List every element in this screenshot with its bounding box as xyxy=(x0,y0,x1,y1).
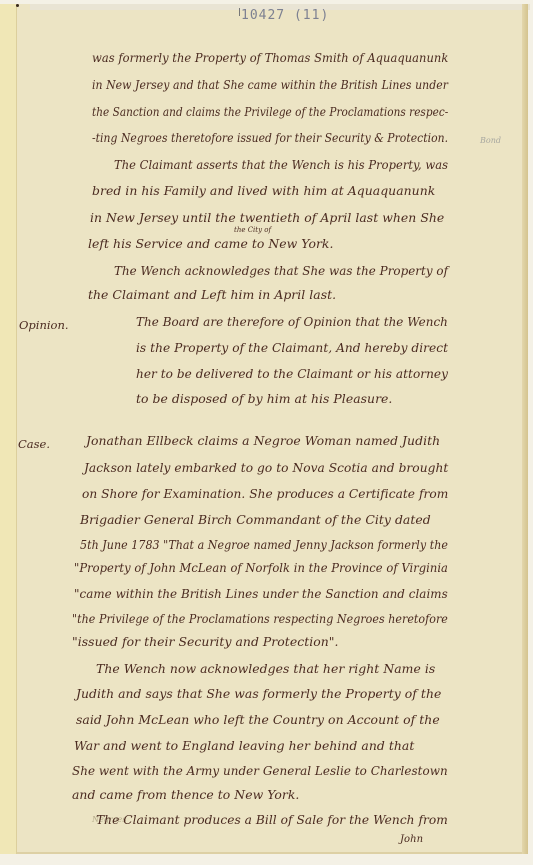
text-line: "came within the British Lines under the… xyxy=(74,586,448,601)
text-line: The Claimant produces a Bill of Sale for… xyxy=(96,812,448,827)
text-line: Brigadier General Birch Commandant of th… xyxy=(80,512,431,527)
page-right-edge xyxy=(522,4,528,854)
text-line: The Wench now acknowledges that her righ… xyxy=(96,661,435,676)
text-line: She went with the Army under General Les… xyxy=(72,763,448,778)
text-line: and came from thence to New York. xyxy=(72,787,299,802)
text-line: the Claimant and Left him in April last. xyxy=(88,287,336,302)
text-line: "the Privilege of the Proclamations resp… xyxy=(72,611,448,626)
binding-strip xyxy=(0,4,17,854)
text-line: to be disposed of by him at his Pleasure… xyxy=(136,391,392,406)
text-line: "issued for their Security and Protectio… xyxy=(72,634,339,649)
text-line: left his Service and came to New York. xyxy=(88,236,333,251)
text-line: War and went to England leaving her behi… xyxy=(74,738,414,753)
text-line: in New Jersey and that She came within t… xyxy=(92,77,448,92)
margin-note-opinion: Opinion. xyxy=(19,318,69,332)
catchword: John xyxy=(400,834,423,845)
bleed-through-text: Bond xyxy=(480,136,501,145)
text-line: 5th June 1783 "That a Negroe named Jenny… xyxy=(80,537,448,552)
text-line: in New Jersey until the twentieth of Apr… xyxy=(90,210,444,225)
text-line: is the Property of the Claimant, And her… xyxy=(136,340,448,355)
text-line: was formerly the Property of Thomas Smit… xyxy=(92,50,448,65)
text-line: Jonathan Ellbeck claims a Negroe Woman n… xyxy=(86,433,440,448)
archive-number: 10427 (11) xyxy=(241,8,329,23)
margin-note-case: Case. xyxy=(18,437,50,451)
text-line: Judith and says that She was formerly th… xyxy=(76,686,441,701)
text-line: Jackson lately embarked to go to Nova Sc… xyxy=(84,460,448,475)
text-line: -ting Negroes theretofore issued for the… xyxy=(92,130,448,145)
text-line: on Shore for Examination. She produces a… xyxy=(82,486,448,501)
ink-dot xyxy=(16,4,19,7)
interlinear-insertion: the City of xyxy=(234,226,271,234)
text-line: said John McLean who left the Country on… xyxy=(76,712,440,727)
text-line: bred in his Family and lived with him at… xyxy=(92,183,435,198)
text-line: The Board are therefore of Opinion that … xyxy=(136,314,448,329)
text-line: her to be delivered to the Claimant or h… xyxy=(136,366,448,381)
pencil-mark xyxy=(239,8,240,16)
text-line: the Sanction and claims the Privilege of… xyxy=(92,104,448,119)
text-line: The Wench acknowledges that She was the … xyxy=(114,263,448,278)
text-line: The Claimant asserts that the Wench is h… xyxy=(114,157,448,172)
text-line: "Property of John McLean of Norfolk in t… xyxy=(74,560,448,575)
